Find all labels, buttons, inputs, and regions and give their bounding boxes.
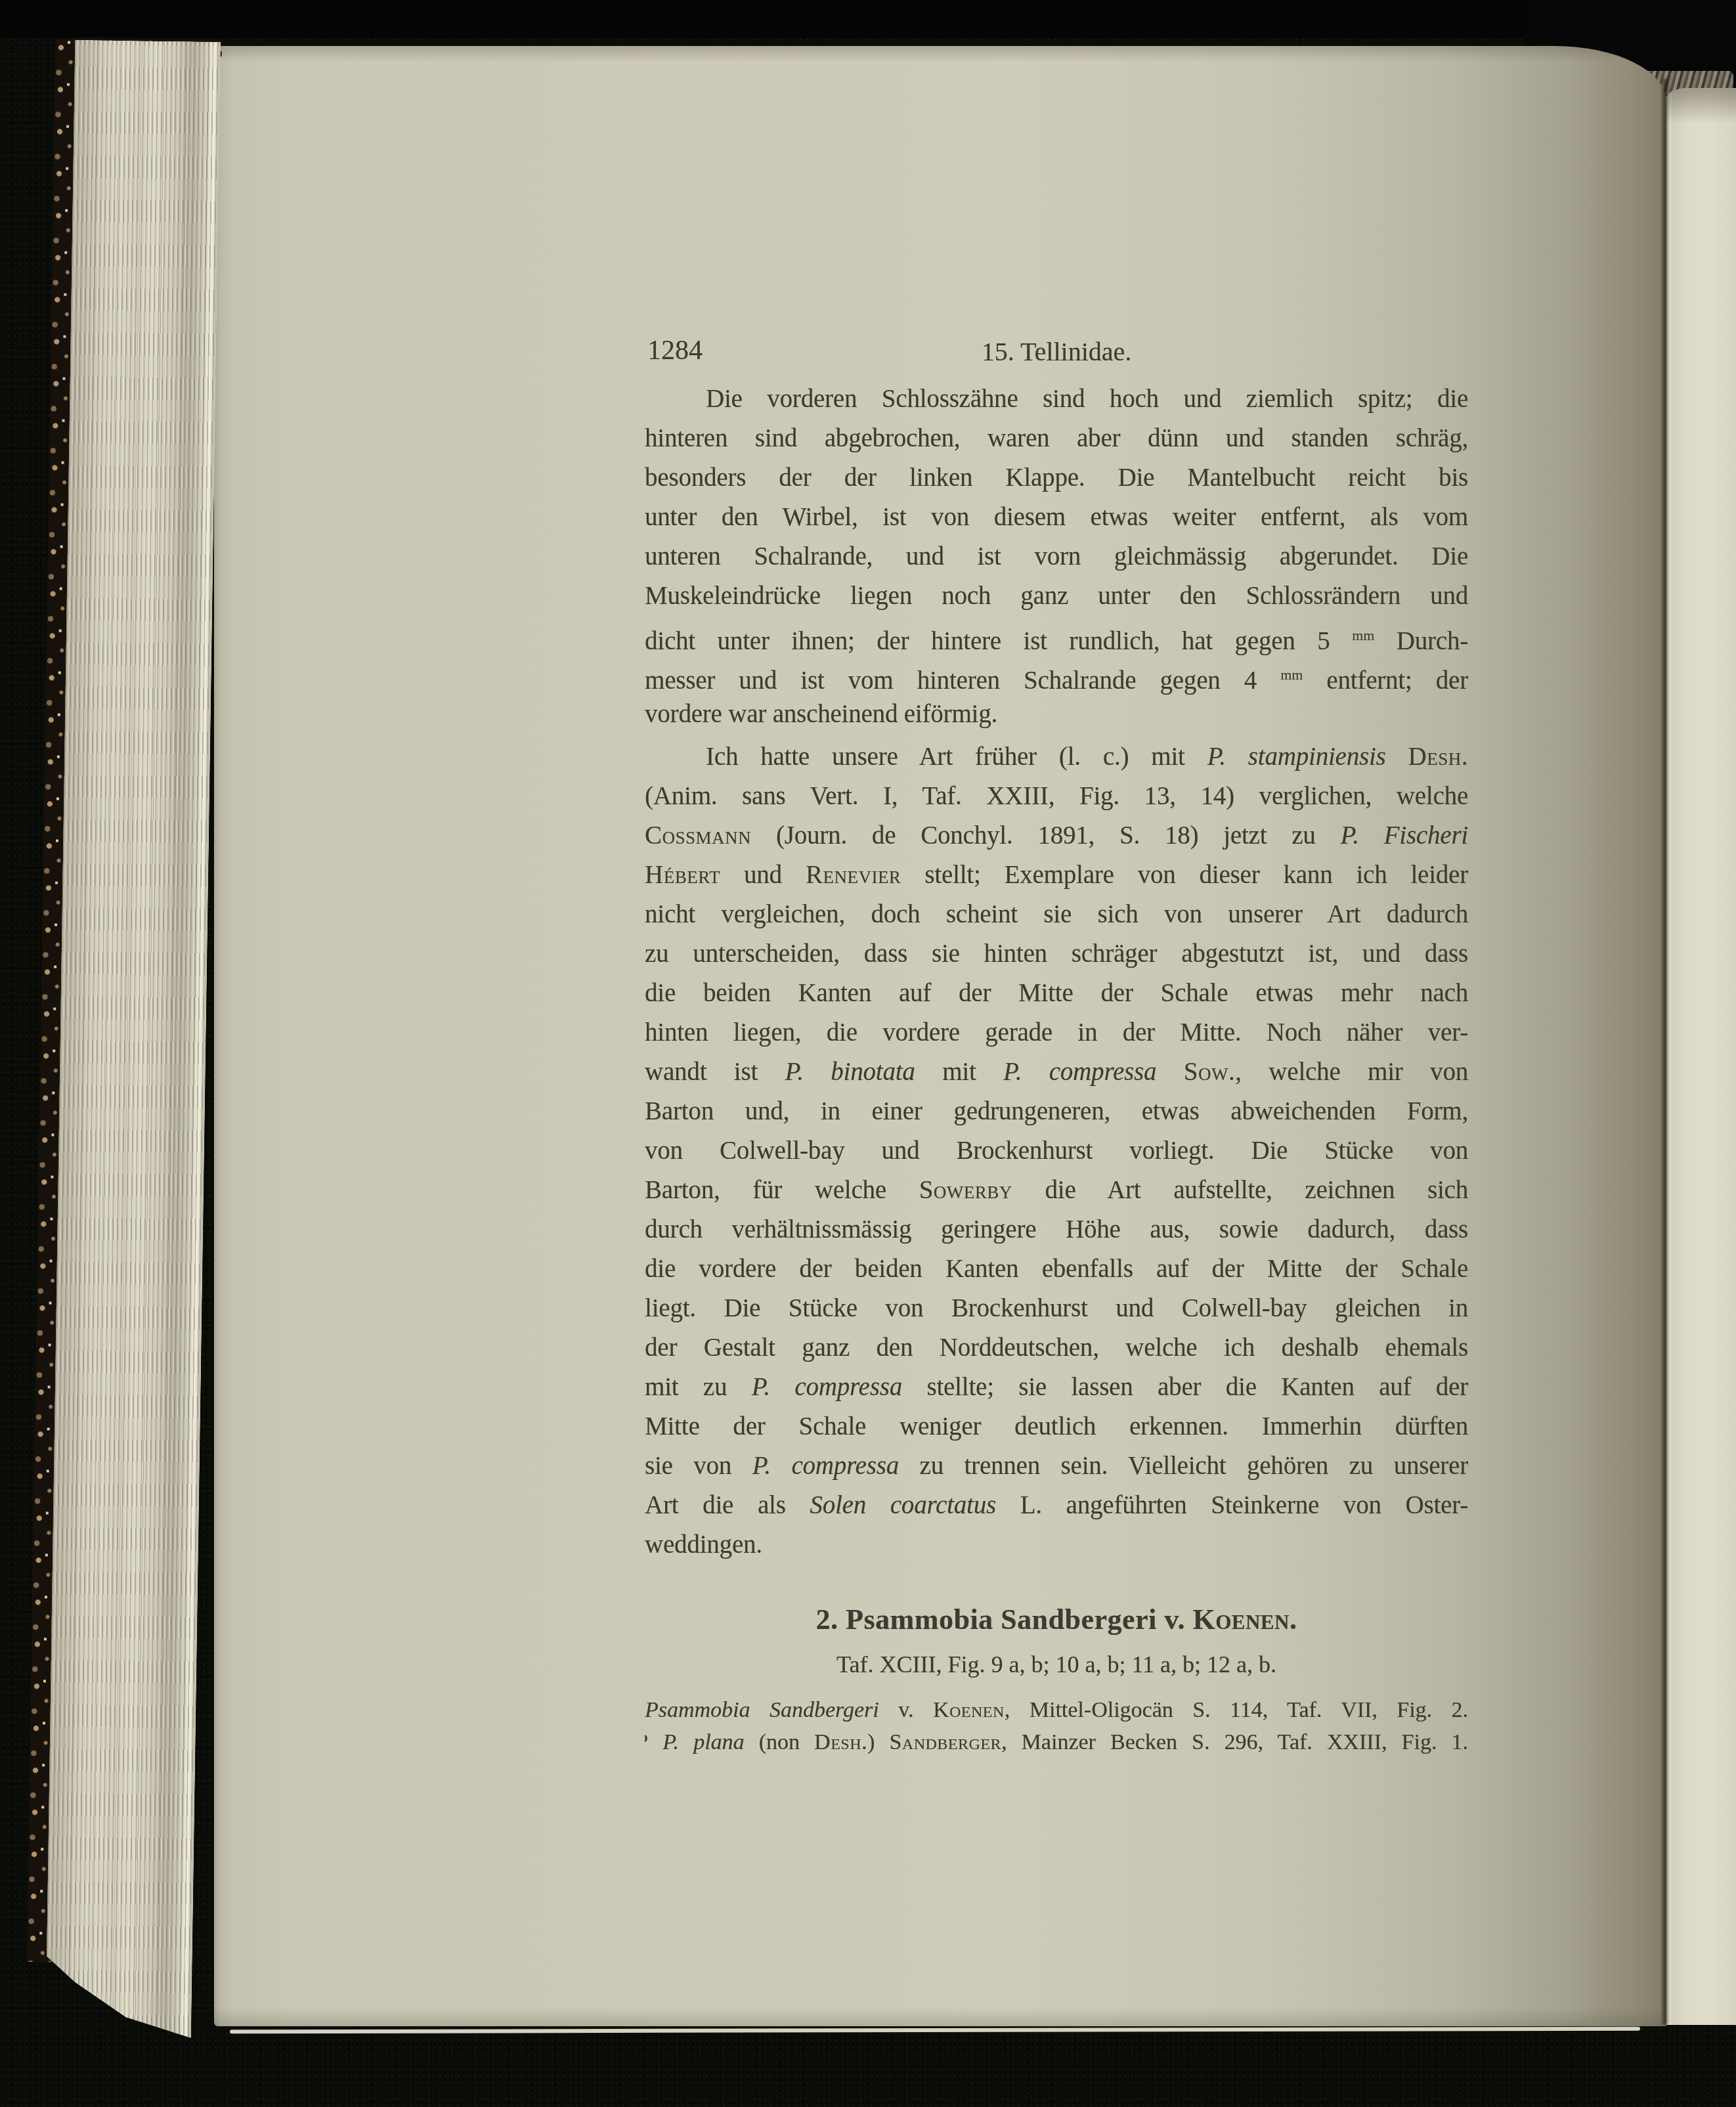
text-line: messer und ist vom hinteren Schalrande g… <box>645 655 1468 695</box>
book-photo: 1284 15. Tellinidae. Die vorderen Schlos… <box>0 0 1736 2107</box>
synonymy-reference: Psammobia Sandbergeri v. Koenen, Mittel-… <box>645 1694 1468 1726</box>
text-line: liegt. Die Stücke von Brockenhurst und C… <box>645 1289 1468 1328</box>
text-line: besonders der der linken Klappe. Die Man… <box>645 458 1468 498</box>
text-line: Die vorderen Schlosszähne sind hoch und … <box>645 380 1468 419</box>
text-line: Hébert und Renevier stellt; Exemplare vo… <box>645 856 1468 895</box>
text-line: hinteren sind abgebrochen, waren aber dü… <box>645 419 1468 458</box>
text-line: (Anim. sans Vert. I, Taf. XXIII, Fig. 13… <box>645 777 1468 816</box>
text-line: durch verhältnissmässig geringere Höhe a… <box>645 1210 1468 1249</box>
text-line: hinten liegen, die vordere gerade in der… <box>645 1013 1468 1053</box>
text-line: zu unterscheiden, dass sie hinten schräg… <box>645 934 1468 974</box>
text-line: der Gestalt ganz den Norddeutschen, welc… <box>645 1328 1468 1368</box>
text-line: die beiden Kanten auf der Mitte der Scha… <box>645 974 1468 1013</box>
text-line: weddingen. <box>645 1525 1468 1565</box>
text-line: vordere war anscheinend eiförmig. <box>645 695 1468 734</box>
text-line: mit zu P. compressa stellte; sie lassen … <box>645 1368 1468 1407</box>
running-title: 15. Tellinidae. <box>645 337 1468 366</box>
text-line: die vordere der beiden Kanten ebenfalls … <box>645 1249 1468 1289</box>
synonymy-reference: ? P. plana (non Desh.) Sandberger, Mainz… <box>645 1726 1468 1758</box>
text-line: Ich hatte unsere Art früher (l. c.) mit … <box>645 737 1468 777</box>
text-line: von Colwell-bay und Brockenhurst vorlieg… <box>645 1131 1468 1171</box>
text-line: Barton, für welche Sowerby die Art aufst… <box>645 1171 1468 1210</box>
text-line: Cossmann (Journ. de Conchyl. 1891, S. 18… <box>645 816 1468 856</box>
plate-figure-caption: Taf. XCIII, Fig. 9 a, b; 10 a, b; 11 a, … <box>645 1649 1468 1680</box>
text-line: wandt ist P. binotata mit P. compressa S… <box>645 1053 1468 1092</box>
text-line: unteren Schalrande, und ist vorn gleichm… <box>645 537 1468 576</box>
text-line: nicht vergleichen, doch scheint sie sich… <box>645 895 1468 934</box>
species-heading: 2. Psammobia Sandbergeri v. Koenen. <box>645 1602 1468 1638</box>
text-line: Barton und, in einer gedrungeneren, etwa… <box>645 1092 1468 1131</box>
text-line: Art die als Solen coarctatus L. angeführ… <box>645 1486 1468 1525</box>
text-line: unter den Wirbel, ist von diesem etwas w… <box>645 498 1468 537</box>
body-paragraph-1: Die vorderen Schlosszähne sind hoch und … <box>645 380 1468 734</box>
text-line: sie von P. compressa zu trennen sein. Vi… <box>645 1446 1468 1486</box>
printed-text: 1284 15. Tellinidae. Die vorderen Schlos… <box>0 0 1736 2107</box>
text-line: Muskeleindrücke liegen noch ganz unter d… <box>645 576 1468 616</box>
text-line: dicht unter ihnen; der hintere ist rundl… <box>645 616 1468 655</box>
body-paragraph-2: Ich hatte unsere Art früher (l. c.) mit … <box>645 737 1468 1565</box>
text-line: Mitte der Schale weniger deutlich erkenn… <box>645 1407 1468 1446</box>
synonymy-references: Psammobia Sandbergeri v. Koenen, Mittel-… <box>645 1694 1468 1758</box>
